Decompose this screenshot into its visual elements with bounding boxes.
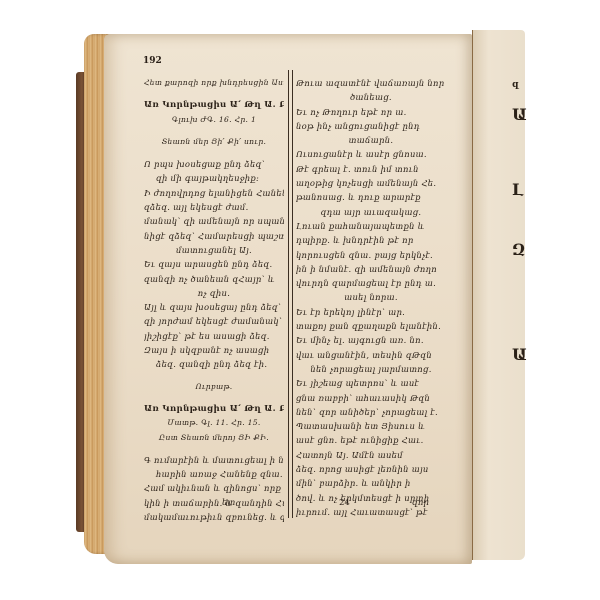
text-line: ցնա ռաբբի՝ ահաւասիկ Թզն <box>296 391 446 405</box>
text-line: ծանեաց. <box>296 90 446 104</box>
section-label: Ուրբաթ. <box>144 380 284 394</box>
catchword: զոր <box>412 498 429 508</box>
text-line: նիցէ զձեզ՝ Համարեսցի պաշտօն <box>144 229 284 243</box>
text-line: զդա այր աւազակաց. <box>296 205 446 219</box>
text-line: Այլ և զայս խօսեցայ ընդ ձեզ՝ <box>144 300 284 314</box>
text-line: կորուսցեն զնա. բայց երկնչէ. <box>296 248 446 262</box>
text-line: մանակ՝ զի ամենայն որ սպանա <box>144 214 284 228</box>
right-page-initial: Լ <box>512 180 524 199</box>
reading1-subtitle: Տեառն մեր Յի՛ Քի՛ սուր. <box>144 135 284 149</box>
text-line: ոչ զիս. <box>144 286 284 300</box>
reading2-title: Առ Կորնթացիս Ա՛ Թղ Ա. Բ. <box>144 402 284 416</box>
text-line: ձեզ. որոց ասիցէ լեռնին այս <box>296 462 446 476</box>
text-line: Թուա ազատէնէ վաճառայն նոր <box>296 76 446 90</box>
text-line: ին ի նմանէ. զի ամենայն ժողո <box>296 262 446 276</box>
text-line: Լուան քահանայապետքն և <box>296 219 446 233</box>
text-line: վաւ անցանէին, տեսին զԹզն <box>296 348 446 362</box>
running-header: Հետ քարոզի որք խնդրեսցին Աստուծոյ և Հաւա… <box>144 76 284 90</box>
right-page-initial: Զ <box>512 240 525 259</box>
text-line: դպիրք. և խնդրէին թէ որ <box>296 233 446 247</box>
text-line: Եւ մինչ ել. այգուցն առ. նո. <box>296 333 446 347</box>
text-line: ձեզ. զանզի ընդ ձեզ էի. <box>144 357 284 371</box>
text-line: Եւ էր երեկոյ լինէր՝ ար. <box>296 305 446 319</box>
text-line: Ո րպս խօսեցաք ընդ ձեզ՝ <box>144 157 284 171</box>
reading2-subtitle: Ըստ Տեառն մերոյ ՅԻ ՔԻ. <box>144 431 284 445</box>
text-line: զանզի ոչ ծանեան զՀայր՝ և <box>144 272 284 286</box>
text-line: Եւ յիշեաց պետրոս՝ և ասէ <box>296 376 446 390</box>
text-line: նօթ ինչ անցուցանիցէ ընդ <box>296 119 446 133</box>
text-line: մատուցանել Այ. <box>144 243 284 257</box>
text-line: զի յորժամ եկեսցէ ժամանակ՝ <box>144 314 284 328</box>
text-line: Պատասխանի ետ Յիսուս և <box>296 419 446 433</box>
text-line: Ի ժողովրդոց ելանիցեն Հանեն. <box>144 186 284 200</box>
text-line: զի մի գայթակղեսջիք։ <box>144 171 284 185</box>
text-line: Ուսուցանէր և ասէր ցնոսա. <box>296 147 446 161</box>
text-line: Գ ումարէին և մատուցեալ ի նա. <box>144 453 284 467</box>
text-line: նեն չորացեալ յարմատոց. <box>296 362 446 376</box>
column-divider-rule <box>288 70 293 518</box>
book-photo: 192 Հետ քարոզի որք խնդրեսցին Աստուծոյ և … <box>0 0 600 600</box>
text-line: մին՝ բարձիր. և անկիր ի <box>296 476 446 490</box>
text-line: Եւ ոչ Թողուր եթէ որ ա. <box>296 105 446 119</box>
text-line: վուրդն զարմացեալ էր ընդ ա. <box>296 276 446 290</box>
text-line: Համ ակիւնան և զինոցս՝ որք ե. <box>144 481 284 495</box>
right-page-initial: Ա <box>512 345 527 364</box>
left-text-column: Հետ քարոզի որք խնդրեսցին Աստուծոյ և Հաւա… <box>144 64 284 524</box>
reading2-ref: Մատթ. Գլ. 11. Հր. 15. <box>144 416 284 430</box>
right-page-initial: Ա <box>512 105 527 124</box>
text-line: տաքոյ քան զքաղաքն ելանէին. <box>296 319 446 333</box>
right-page-text-fragment: զ <box>512 80 519 90</box>
text-line: տաճարն. <box>296 133 446 147</box>
text-line: ասել նորա. <box>296 290 446 304</box>
text-line: մակամաւութիւն զբունեց. և զա <box>144 510 284 524</box>
reading1-ref: Գլուխ ԺԳ. 16. Հր. 1 <box>144 113 284 127</box>
text-line: Թէ գրեալ է. տուն իմ տուն <box>296 162 446 176</box>
text-line: յիշիցէք՝ թէ ես ասացի ձեզ. <box>144 329 284 343</box>
last-line-word: ետ <box>222 498 235 508</box>
text-line: զձեզ. այլ եկեսցէ ժամ. <box>144 200 284 214</box>
text-line: ասէ ցնո. եթէ ունիցիք Հաւ. <box>296 433 446 447</box>
text-line: Զայս ի սկզբանէ ոչ ասացի <box>144 343 284 357</box>
right-text-column: Թուա ազատէնէ վաճառայն նոր ծանեաց. Եւ ոչ … <box>296 64 446 519</box>
text-line: թանոսաց. և դուք արարէք <box>296 190 446 204</box>
text-line: հարին առաջ Հանենք զնա. <box>144 467 284 481</box>
signature-mark: 24 <box>339 498 350 508</box>
text-line: աղօթից կոչեսցի ամենայն Հե. <box>296 176 446 190</box>
text-line: Եւ զայս արասցեն ընդ ձեզ. <box>144 257 284 271</box>
text-line: նեն՝ զոր անիծեր՝ չորացեալ է. <box>296 405 446 419</box>
reading1-title: Առ Կորնթացիս Ա՛ Թղ Ա. Բ. <box>144 98 284 112</box>
text-line: Հատոյն Այ. Ամէն ասեմ <box>296 448 446 462</box>
text-line: կին ի տաճարին. և զանդին Հա <box>144 496 284 510</box>
